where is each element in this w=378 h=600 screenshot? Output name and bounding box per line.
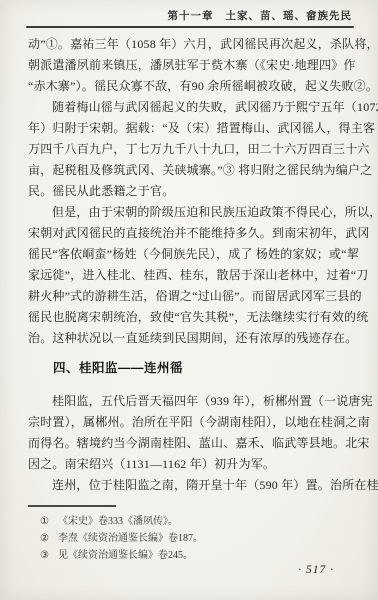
text-line: 随着梅山徭与武冈徭起义的失败，武冈徭乃于熙宁五年（1072	[28, 97, 352, 118]
footnote-item: ② 李焘《续资治通鉴长编》卷187。	[40, 530, 352, 547]
running-header: 第十一章土家、苗、瑶、畲族先民	[168, 8, 353, 23]
footnote-marker: ②	[40, 530, 49, 547]
text-line: 桂阳监，五代后晋天福四年（939 年），析郴州置（一说唐宪	[28, 391, 352, 412]
footnote-text: 《宋史》卷333《潘夙传》。	[58, 513, 178, 530]
text-line: 连州，位于桂阳监之南，隋开皇十年（590 年）置。治所在桂	[28, 475, 352, 496]
text-line: 宗时置），属郴州。治所在平阳（今湖南桂阳），以地在桂洞之南	[28, 412, 352, 433]
text-line: 家远徙”，进入桂北、桂西、桂东，散居于深山老林中，过着“刀	[28, 265, 352, 286]
footnote-item: ① 《宋史》卷333《潘夙传》。	[40, 513, 352, 530]
footnote-text: 见《续资治通鉴长编》卷245。	[58, 547, 193, 564]
text-line: 而得名。辖境约当今湖南桂阳、蓝山、嘉禾、临武等县地。北宋	[28, 433, 352, 454]
text-line: 徭民也脱离宋朝统治，致使“官失其税”，无法继续实行有效的统	[28, 307, 352, 328]
text-line: 但是，由于宋朝的阶级压迫和民族压迫政策不得民心，所以，	[28, 202, 352, 223]
footnote-text: 李焘《续资治通鉴长编》卷187。	[58, 530, 203, 547]
header-rule	[26, 26, 354, 28]
text-line: “赤木寨”）。徭民众寡不敌，有90 余所徭峒被攻破，起义失败②。	[28, 76, 352, 97]
book-page: 第十一章土家、苗、瑶、畲族先民 动”①。嘉祐三年（1058 年）六月，武冈徭民再…	[0, 0, 378, 600]
footnote-item: ③ 见《续资治通鉴长编》卷245。	[40, 547, 352, 564]
footnotes: ① 《宋史》卷333《潘夙传》。 ② 李焘《续资治通鉴长编》卷187。 ③ 见《…	[40, 513, 352, 564]
body-text: 动”①。嘉祐三年（1058 年）六月，武冈徭民再次起义，杀队将，宋 朝派遣潘夙前…	[28, 34, 352, 496]
footnote-divider	[28, 505, 116, 507]
text-line: 亩，起税租及修筑武冈、关硖城寨。”③ 将归附之徭民纳为编户之	[28, 160, 352, 181]
page-number: · 517 ·	[298, 564, 334, 576]
text-line: 年）归附于宋朝。据载：“及（宋）措置梅山、武冈徭人，得主客	[28, 118, 352, 139]
text-line: 宋朝对武冈徭民的直接统治并不能维持多久。到南宋初年，武冈	[28, 223, 352, 244]
section-heading: 四、桂阳监——连州徭	[28, 358, 352, 379]
text-line: 耕火种”式的游耕生活，俗谓之“过山徭”。而留居武冈军三县的	[28, 286, 352, 307]
text-line: 徭民“客依峒蛮”杨姓（今侗族先民），成了 杨姓的家奴；或“挈	[28, 244, 352, 265]
text-line: 万四千八百九户，丁七万九千八十九口，田二十六万四百三十六	[28, 139, 352, 160]
footnote-marker: ③	[40, 547, 49, 564]
text-line: 治。这种状况以一直延续到民国期间，还有浓厚的残迹存在。	[28, 328, 352, 349]
chapter-label: 第十一章	[168, 11, 214, 22]
text-line: 动”①。嘉祐三年（1058 年）六月，武冈徭民再次起义，杀队将，宋	[28, 34, 352, 55]
text-line: 民。徭民从此悉籍之于官。	[28, 181, 352, 202]
text-line: 朝派遣潘夙前来镇压，潘夙驻军于赀木寨（《宋史·地理四》作	[28, 55, 352, 76]
footnote-marker: ①	[40, 513, 49, 530]
text-line: 因之。南宋绍兴（1131—1162 年）初升为军。	[28, 454, 352, 475]
chapter-title: 土家、苗、瑶、畲族先民	[226, 11, 353, 22]
